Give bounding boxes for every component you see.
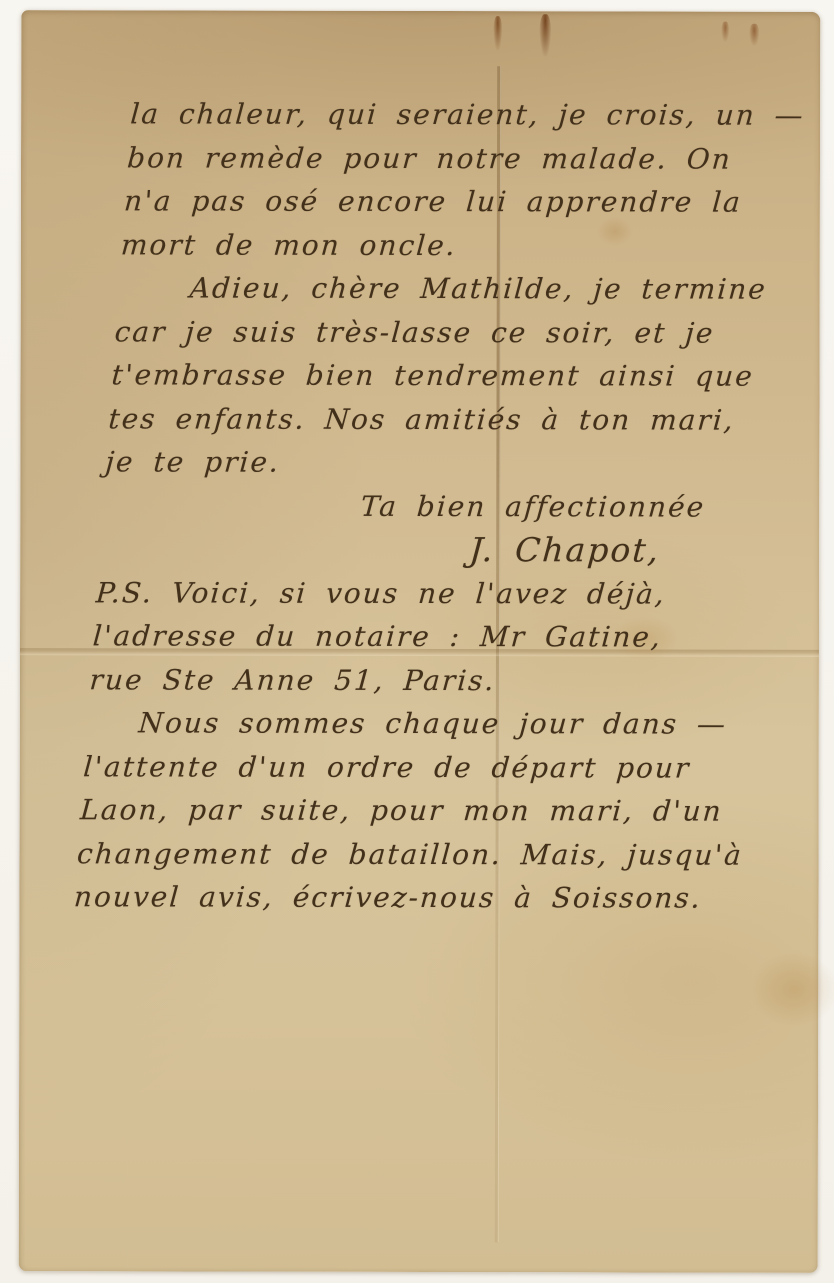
letter-line: la chaleur, qui seraient, je crois, un — xyxy=(129,92,834,137)
letter-line: changement de bataillon. Mais, jusqu'à xyxy=(76,832,790,877)
letter-line: P.S. Voici, si vous ne l'avez déjà, xyxy=(94,571,808,616)
letter-line: bon remède pour notre malade. On xyxy=(126,136,834,181)
handwritten-letter-text: la chaleur, qui seraient, je crois, un —… xyxy=(73,92,834,920)
letter-line: je te prie. xyxy=(104,440,818,485)
letter-line: car je suis très-lasse ce soir, et je xyxy=(113,310,827,355)
ink-stain xyxy=(539,14,551,56)
letter-line: mort de mon oncle. xyxy=(120,223,834,268)
letter-line: Ta bien affectionnée xyxy=(101,484,815,529)
letter-line: Laon, par suite, pour mon mari, d'un xyxy=(79,788,793,833)
ink-stain xyxy=(749,24,759,46)
letter-line: Nous sommes chaque jour dans — xyxy=(85,701,799,746)
letter-page: la chaleur, qui seraient, je crois, un —… xyxy=(19,10,821,1273)
ink-stain xyxy=(721,22,729,42)
letter-line: Adieu, chère Mathilde, je termine xyxy=(116,266,830,311)
letter-line: nouvel avis, écrivez-nous à Soissons. xyxy=(73,875,787,920)
photo-background: la chaleur, qui seraient, je crois, un —… xyxy=(0,0,834,1283)
letter-line: l'adresse du notaire : Mr Gatine, xyxy=(91,614,805,659)
paper-stain xyxy=(749,952,834,1027)
letter-line: tes enfants. Nos amitiés à ton mari, xyxy=(107,397,821,442)
letter-line: J. Chapot, xyxy=(98,527,812,572)
letter-line: t'embrasse bien tendrement ainsi que xyxy=(110,353,824,398)
letter-line: n'a pas osé encore lui apprendre la xyxy=(123,179,834,224)
letter-line: rue Ste Anne 51, Paris. xyxy=(88,658,802,703)
ink-stain xyxy=(493,16,502,50)
letter-line: l'attente d'un ordre de départ pour xyxy=(82,745,796,790)
